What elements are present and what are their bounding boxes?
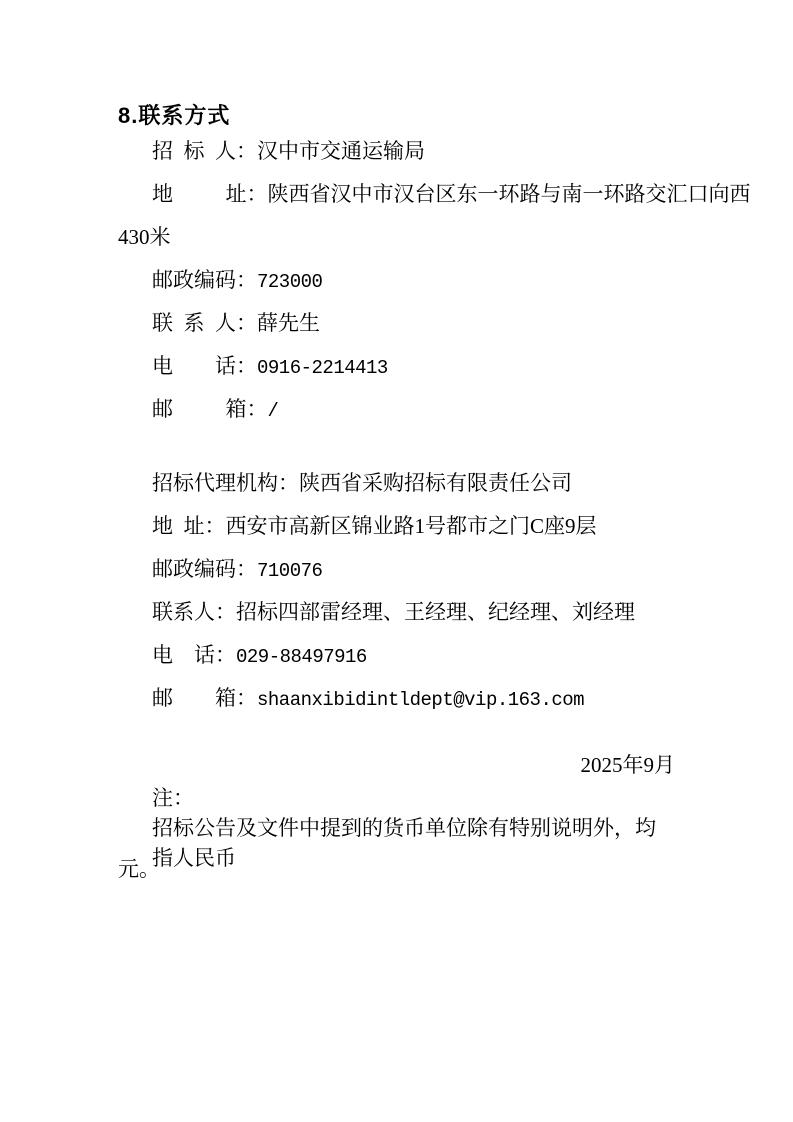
agency-contact-value: 招标四部雷经理、王经理、纪经理、刘经理 [236, 600, 635, 624]
tenderer-email-row: 邮 箱：/ [118, 388, 675, 431]
tenderer-phone-row: 电 话：0916-2214413 [118, 345, 675, 388]
agency-address-label: 地 址： [152, 514, 226, 538]
phone-label: 电 话： [152, 354, 257, 378]
agency-postal-value: 710076 [257, 560, 322, 582]
tenderer-contact-row: 联 系 人：薛先生 [118, 302, 675, 345]
document-page: 8.联系方式 招 标 人：汉中市交通运输局 地 址：陕西省汉中市汉台区东一环路与… [0, 0, 793, 1122]
agency-phone-label: 电 话： [152, 643, 236, 667]
agency-address-value: 西安市高新区锦业路1号都市之门C座9层 [226, 514, 597, 538]
section-heading: 8.联系方式 [118, 102, 675, 130]
tenderer-address-row: 地 址：陕西省汉中市汉台区东一环路与南一环路交汇口向西 [118, 173, 675, 216]
email-value: / [268, 400, 279, 422]
tenderer-block: 招 标 人：汉中市交通运输局 地 址：陕西省汉中市汉台区东一环路与南一环路交汇口… [118, 130, 675, 431]
email-label: 邮 箱： [152, 397, 268, 421]
address-value: 陕西省汉中市汉台区东一环路与南一环路交汇口向西 [268, 182, 751, 206]
postal-value: 723000 [257, 271, 322, 293]
agency-email-value: shaanxibidintldept@vip.163.com [257, 689, 584, 711]
agency-postal-row: 邮政编码：710076 [118, 548, 675, 591]
bidder-value: 汉中市交通运输局 [257, 139, 425, 163]
contact-value: 薛先生 [257, 311, 320, 335]
note-text-line1: 招标公告及文件中提到的货币单位除有特别说明外，均指人民币 [118, 813, 675, 843]
agency-phone-row: 电 话：029-88497916 [118, 634, 675, 677]
agency-block: 招标代理机构：陕西省采购招标有限责任公司 地 址：西安市高新区锦业路1号都市之门… [118, 462, 675, 720]
address-label: 地 址： [152, 182, 268, 206]
agency-contact-row: 联系人：招标四部雷经理、王经理、纪经理、刘经理 [118, 591, 675, 634]
contact-label: 联 系 人： [152, 311, 257, 335]
agency-value: 陕西省采购招标有限责任公司 [299, 471, 572, 495]
agency-name-row: 招标代理机构：陕西省采购招标有限责任公司 [118, 462, 675, 505]
tenderer-postal-row: 邮政编码：723000 [118, 259, 675, 302]
agency-email-label: 邮 箱： [152, 686, 257, 710]
agency-phone-value: 029-88497916 [236, 646, 367, 668]
agency-contact-label: 联系人： [152, 600, 236, 624]
agency-postal-label: 邮政编码： [152, 557, 257, 581]
bidder-label: 招 标 人： [152, 139, 257, 163]
tenderer-address-wrap-line: 430米 [118, 216, 675, 259]
note-block: 注： 招标公告及文件中提到的货币单位除有特别说明外，均指人民币 元。 [118, 783, 675, 884]
document-date: 2025年9月 [118, 747, 675, 783]
note-label: 注： [118, 783, 675, 813]
phone-value: 0916-2214413 [257, 357, 388, 379]
agency-email-row: 邮 箱：shaanxibidintldept@vip.163.com [118, 677, 675, 720]
agency-label: 招标代理机构： [152, 471, 299, 495]
agency-address-row: 地 址：西安市高新区锦业路1号都市之门C座9层 [118, 505, 675, 548]
postal-label: 邮政编码： [152, 268, 257, 292]
tenderer-bidder-row: 招 标 人：汉中市交通运输局 [118, 130, 675, 173]
